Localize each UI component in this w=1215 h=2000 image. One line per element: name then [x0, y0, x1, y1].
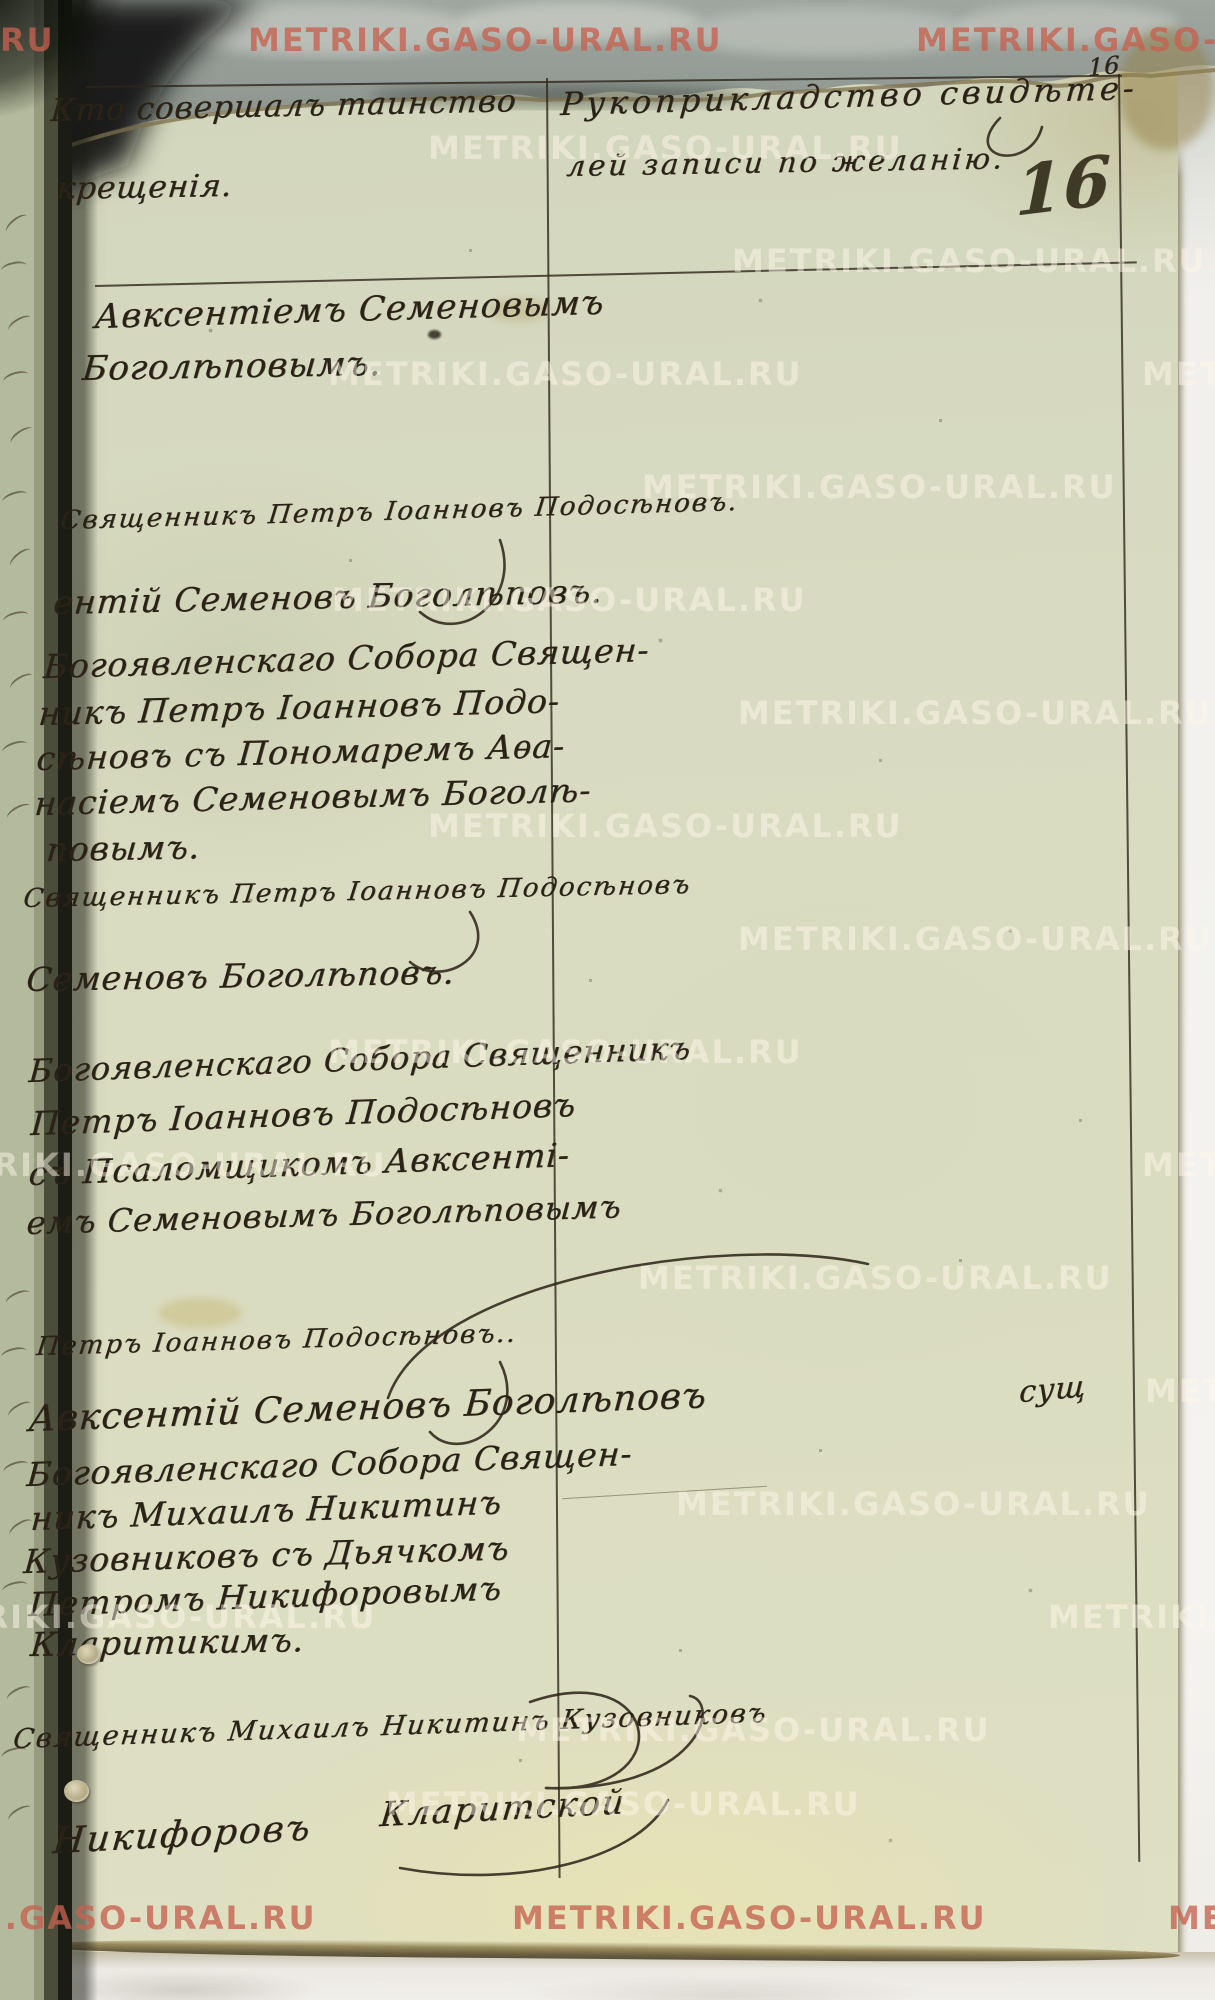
- watermark-tile: METRIKI.GASO-URAL.RU: [0, 1902, 317, 1934]
- entry-2-line: повымъ.: [45, 830, 202, 866]
- watermark-tile: METRIKI.GASO-URAL.RU: [332, 584, 807, 616]
- watermark-tile: METRIKI.GASO-URAL.RU: [386, 1788, 861, 1820]
- watermark-tile: METRIKI.GASO-URAL.RU: [1048, 1601, 1215, 1633]
- watermark-tile: METRIKI.GASO-URAL.RU: [642, 471, 1117, 503]
- margin-note: сущ: [1018, 1372, 1087, 1408]
- watermark-tile: METRIKI.GASO-URAL.RU: [1145, 1375, 1215, 1407]
- watermark-tile: METRIKI.GASO-URAL.RU: [0, 24, 55, 56]
- watermark-tile: METRIKI.GASO-URAL.RU: [0, 1601, 377, 1633]
- watermark-tile: METRIKI.GASO-URAL.RU: [428, 132, 903, 164]
- watermark-tile: METRIKI.GASO-URAL.RU: [738, 697, 1213, 729]
- watermark-tile: METRIKI.GASO-URAL.RU: [638, 1262, 1113, 1294]
- watermark-tile: METRIKI.GASO-URAL.RU: [738, 923, 1213, 955]
- watermark-tile: METRIKI.GASO-URAL.RU: [1142, 358, 1215, 390]
- header-col1-line2: крещенія.: [55, 171, 233, 205]
- watermark-tile: METRIKI.GASO-URAL.RU: [1142, 1149, 1215, 1181]
- watermark-tile: METRIKI.GASO-URAL.RU: [516, 1714, 991, 1746]
- watermark-tile: METRIKI.GASO-URAL.RU: [512, 1902, 987, 1934]
- page-number-large: 16: [1015, 146, 1112, 226]
- archival-scan: Кто совершалъ таинство крещенія. Рукопри…: [0, 0, 1215, 2000]
- watermark-tile: METRIKI.GASO-URAL.RU: [328, 1036, 803, 1068]
- ink-blot: [428, 330, 441, 339]
- watermark-tile: METRIKI.GASO-URAL.RU: [328, 358, 803, 390]
- paper-hole: [64, 1780, 89, 1802]
- watermark-tile: METRIKI.GASO-URAL.RU: [428, 810, 903, 842]
- entry-3-line: Семеновъ Боголѣповъ.: [25, 956, 456, 997]
- watermark-tile: METRIKI.GASO-URAL.RU: [676, 1488, 1151, 1520]
- watermark-tile: METRIKI.GASO-URAL.RU: [916, 24, 1215, 56]
- watermark-tile: METRIKI.GASO-URAL.RU: [248, 24, 723, 56]
- watermark-tile: METRIKI.GASO-URAL.RU: [1168, 1902, 1215, 1934]
- watermark-tile: METRIKI.GASO-URAL.RU: [0, 1149, 387, 1181]
- paper-hole: [77, 1644, 100, 1664]
- watermark-tile: METRIKI.GASO-URAL.RU: [732, 245, 1207, 277]
